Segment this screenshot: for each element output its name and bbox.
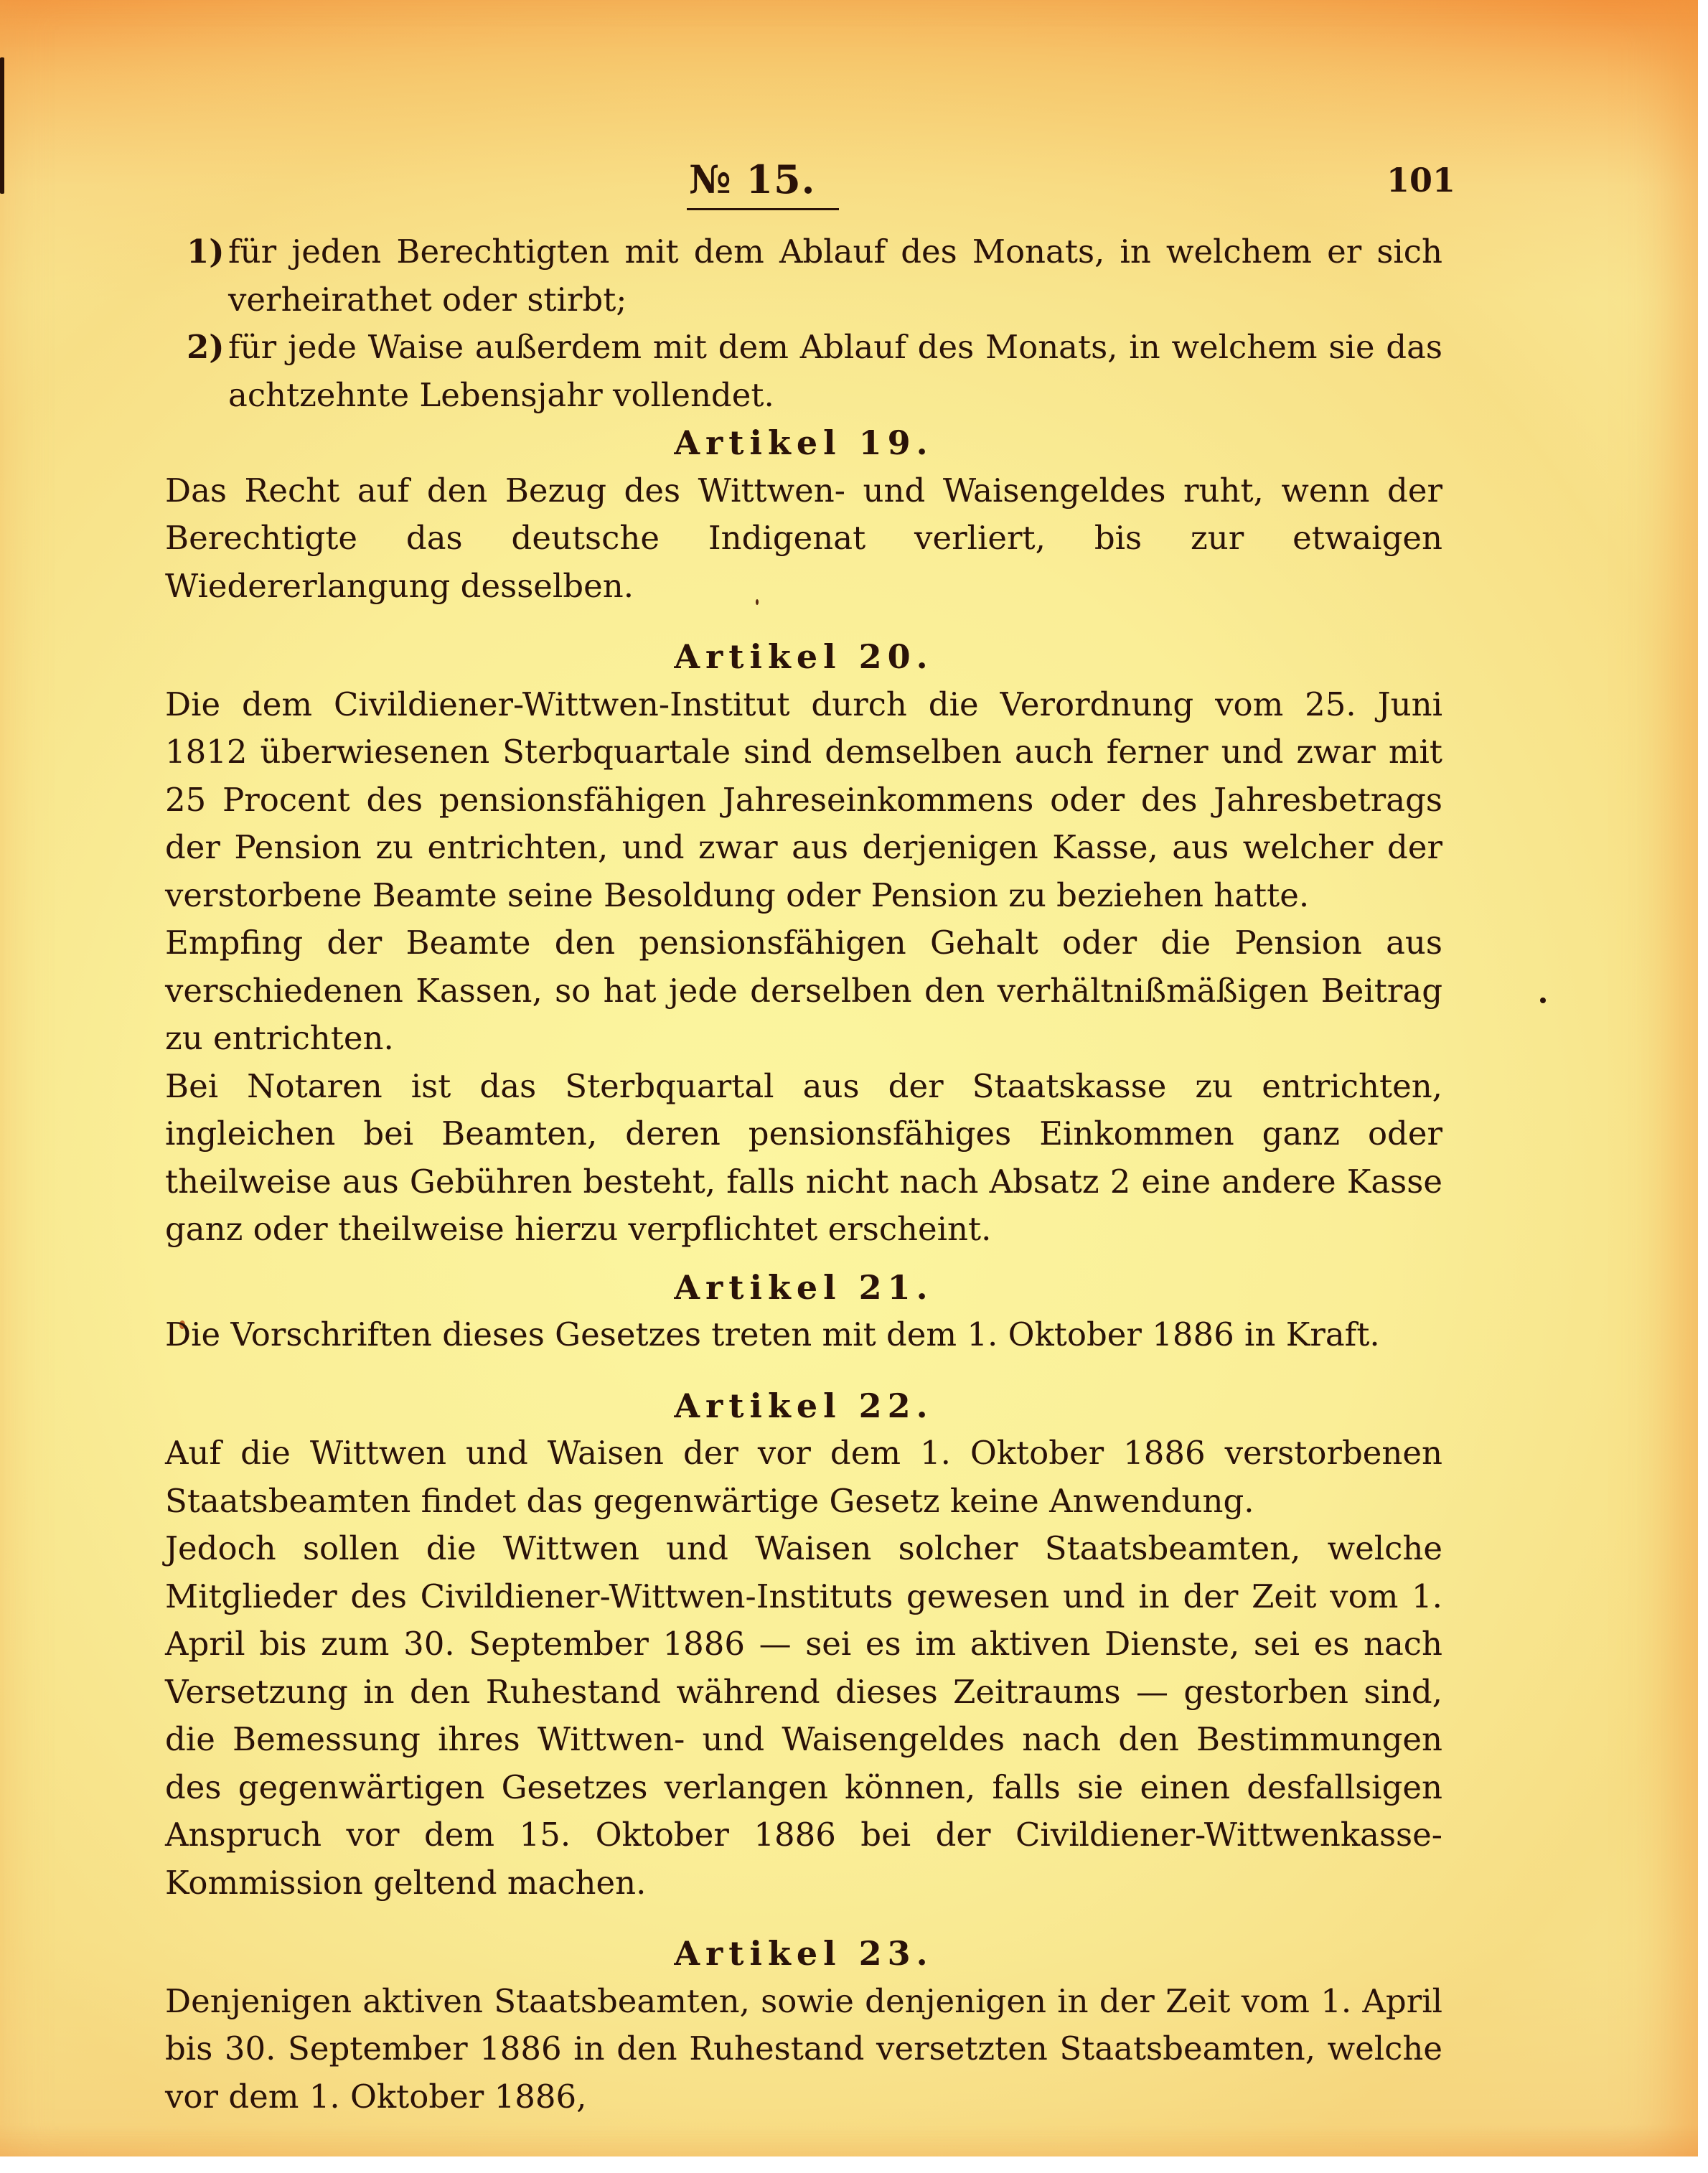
list-item-text: für jeden Berechtigten mit dem Ablauf de… <box>228 228 1442 324</box>
document-body: 1) für jeden Berechtigten mit dem Ablauf… <box>165 228 1442 2121</box>
article-heading-20: Artikel 20. <box>165 633 1442 681</box>
article-20-paragraph-1: Die dem Civildiener-Wittwen-Institut dur… <box>165 681 1442 920</box>
header-rule <box>687 208 839 210</box>
spacer <box>165 1254 1442 1264</box>
list-item-text: für jede Waise außerdem mit dem Ablauf d… <box>228 324 1442 419</box>
article-heading-21: Artikel 21. <box>165 1264 1442 1312</box>
document-page: № 15. 101 1) für jeden Berechtigten mit … <box>0 0 1698 2156</box>
article-heading-23: Artikel 23. <box>165 1930 1442 1978</box>
article-19-paragraph-1: Das Recht auf den Bezug des Wittwen- und… <box>165 467 1442 611</box>
article-22-paragraph-1: Auf die Wittwen und Waisen der vor dem 1… <box>165 1430 1442 1525</box>
article-heading-22: Artikel 22. <box>165 1382 1442 1430</box>
article-heading-19: Artikel 19. <box>165 419 1442 467</box>
list-item: 2) für jede Waise außerdem mit dem Ablau… <box>165 324 1442 419</box>
article-20-paragraph-2: Empfing der Beamte den pensionsfähigen G… <box>165 919 1442 1063</box>
article-22-paragraph-2: Jedoch sollen die Wittwen und Waisen sol… <box>165 1525 1442 1907</box>
list-item-number: 1) <box>187 228 228 324</box>
page-header: № 15. 101 <box>0 156 1698 214</box>
list-item-number: 2) <box>187 324 228 419</box>
list-item: 1) für jeden Berechtigten mit dem Ablauf… <box>165 228 1442 324</box>
article-23-paragraph-1: Denjenigen aktiven Staatsbeamten, sowie … <box>165 1978 1442 2121</box>
ink-speck <box>1540 998 1546 1003</box>
article-21-paragraph-1: Die Vorschriften dieses Gesetzes treten … <box>165 1311 1442 1359</box>
page-number: 101 <box>1386 161 1455 200</box>
issue-number: № 15. <box>689 156 815 202</box>
article-20-paragraph-3: Bei Notaren ist das Sterbquartal aus der… <box>165 1063 1442 1254</box>
